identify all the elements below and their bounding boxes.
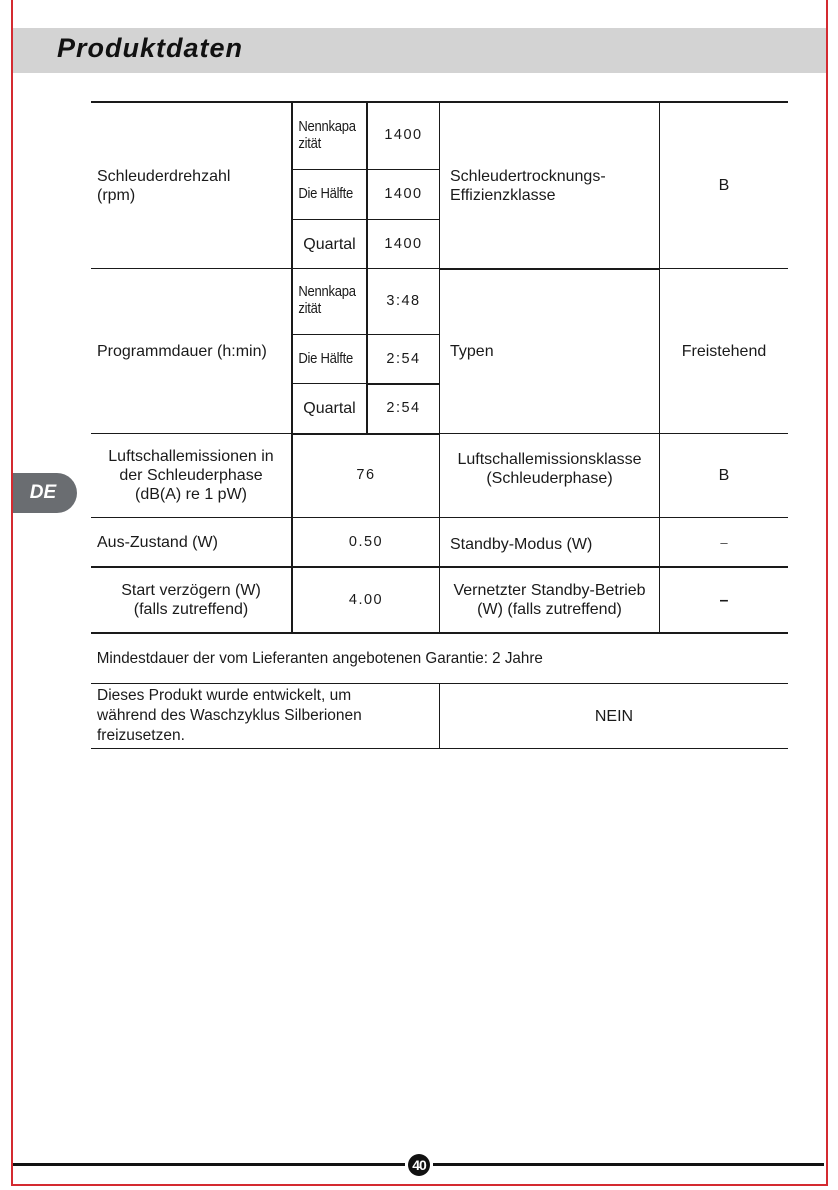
silver-ions-value: NEIN: [440, 684, 788, 748]
type-value: Freistehend: [660, 269, 788, 434]
duration-load-rated: Nennkapa zität: [293, 277, 351, 325]
networked-standby-value: –: [660, 568, 788, 632]
delay-start-label: Start verzögern (W) (falls zutreffend): [91, 568, 291, 632]
duration-value-half: 2:54: [368, 335, 439, 383]
spin-load-quarter: Quartal: [293, 220, 366, 268]
spin-class-value: B: [660, 102, 788, 269]
spin-speed-label: Schleuderdrehzahl (rpm): [91, 102, 291, 269]
noise-class-label: Luftschallemissionsklasse (Schleuderphas…: [440, 434, 659, 504]
noise-value: 76: [293, 434, 439, 517]
standby-label: Standby-Modus (W): [444, 518, 659, 570]
page-title: Produktdaten: [57, 33, 243, 64]
duration-value-quarter: 2:54: [368, 384, 439, 433]
page-number: 40: [408, 1154, 430, 1176]
spin-value-quarter: 1400: [368, 220, 439, 268]
footer-rule-right: [433, 1163, 824, 1166]
footer-rule-left: [13, 1163, 405, 1166]
off-mode-value: 0.50: [293, 518, 439, 566]
type-label: Typen: [444, 269, 659, 434]
noise-class-value: B: [660, 434, 788, 517]
spin-class-label: Schleudertrocknungs- Effizienzklasse: [444, 102, 659, 269]
spin-value-half: 1400: [368, 170, 439, 219]
spin-load-rated: Nennkapa zität: [293, 112, 351, 160]
warranty-text: Mindestdauer der vom Lieferanten angebot…: [91, 634, 753, 683]
spin-value-rated: 1400: [368, 102, 439, 169]
off-mode-label: Aus-Zustand (W): [91, 518, 291, 566]
program-duration-label: Programmdauer (h:min): [91, 269, 291, 434]
spin-load-half: Die Hälfte: [293, 170, 367, 219]
duration-load-half: Die Hälfte: [293, 335, 367, 383]
standby-value: –: [660, 518, 788, 566]
noise-label: Luftschallemissionen in der Schleuderpha…: [91, 434, 291, 517]
delay-start-value: 4.00: [293, 568, 439, 632]
networked-standby-label: Vernetzter Standby-Betrieb (W) (falls zu…: [440, 568, 659, 632]
duration-value-rated: 3:48: [368, 269, 439, 334]
language-tab: DE: [13, 473, 77, 513]
duration-load-quarter: Quartal: [293, 384, 366, 433]
silver-ions-label: Dieses Produkt wurde entwickelt, um währ…: [97, 684, 439, 748]
